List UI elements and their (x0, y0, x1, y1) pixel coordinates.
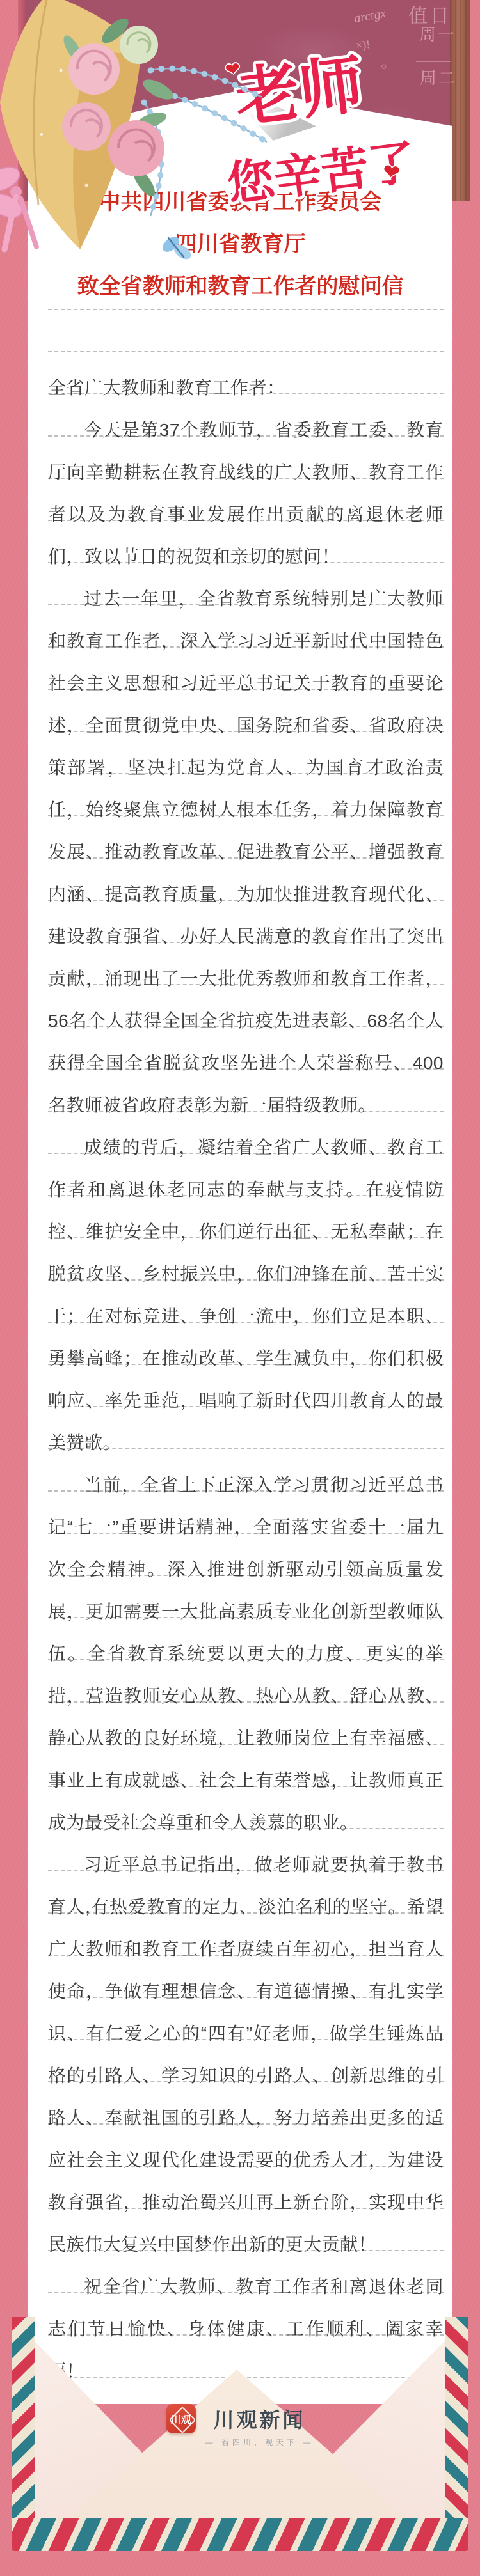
publisher-brand: 川观 川观新闻 — 看四川，观天下 — (12, 2404, 468, 2447)
flower-bouquet-illustration (0, 0, 285, 275)
letter-body: 全省广大教师和教育工作者： 今天是第37个教师节，省委教育工委、教育厅向辛勤耕耘… (48, 367, 444, 2561)
letter-salutation: 全省广大教师和教育工作者： (48, 367, 444, 409)
chuanguan-logo-icon: 川观 (166, 2404, 196, 2433)
letter-paragraph: 当前，全省上下正深入学习贯彻习近平总书记“七一”重要讲话精神，全面落实省委十一届… (48, 1464, 444, 1844)
logo-characters: 川观 (166, 2404, 196, 2433)
letter-paragraph: 过去一年里，全省教育系统特别是广大教师和教育工作者，深入学习习近平新时代中国特色… (48, 578, 444, 1127)
envelope: 川观 川观新闻 — 看四川，观天下 — (12, 2308, 468, 2551)
butterfly-icon (160, 233, 194, 262)
brand-name: 川观新闻 (213, 2404, 305, 2433)
heart-icon: ❤ (381, 159, 401, 185)
ruled-line (48, 309, 444, 310)
letter-paragraph: 今天是第37个教师节，省委教育工委、教育厅向辛勤耕耘在教育战线的广大教师、教育工… (48, 409, 444, 578)
brand-tagline: — 看四川，观天下 — (205, 2437, 314, 2447)
letter-paper: 中共四川省委教育工作委员会 四川省教育厅 致全省教师和教育工作者的慰问信 全省广… (28, 90, 452, 2404)
airmail-stripe-bottom (12, 2518, 468, 2551)
letter-paragraph: 成绩的背后，凝结着全省广大教师、教育工作者和离退休老同志的奉献与支持。在疫情防控… (48, 1127, 444, 1464)
teachers-day-letter-page: arctgx ×)! ○ 值日 周一 周二 中共四川省委教育工作委员会 四川省教… (0, 0, 480, 2576)
ruled-line (48, 351, 444, 352)
letter-paragraph: 习近平总书记指出，做老师就要执着于教书育人,有热爱教育的定力、淡泊名利的坚守。希… (48, 1844, 444, 2266)
